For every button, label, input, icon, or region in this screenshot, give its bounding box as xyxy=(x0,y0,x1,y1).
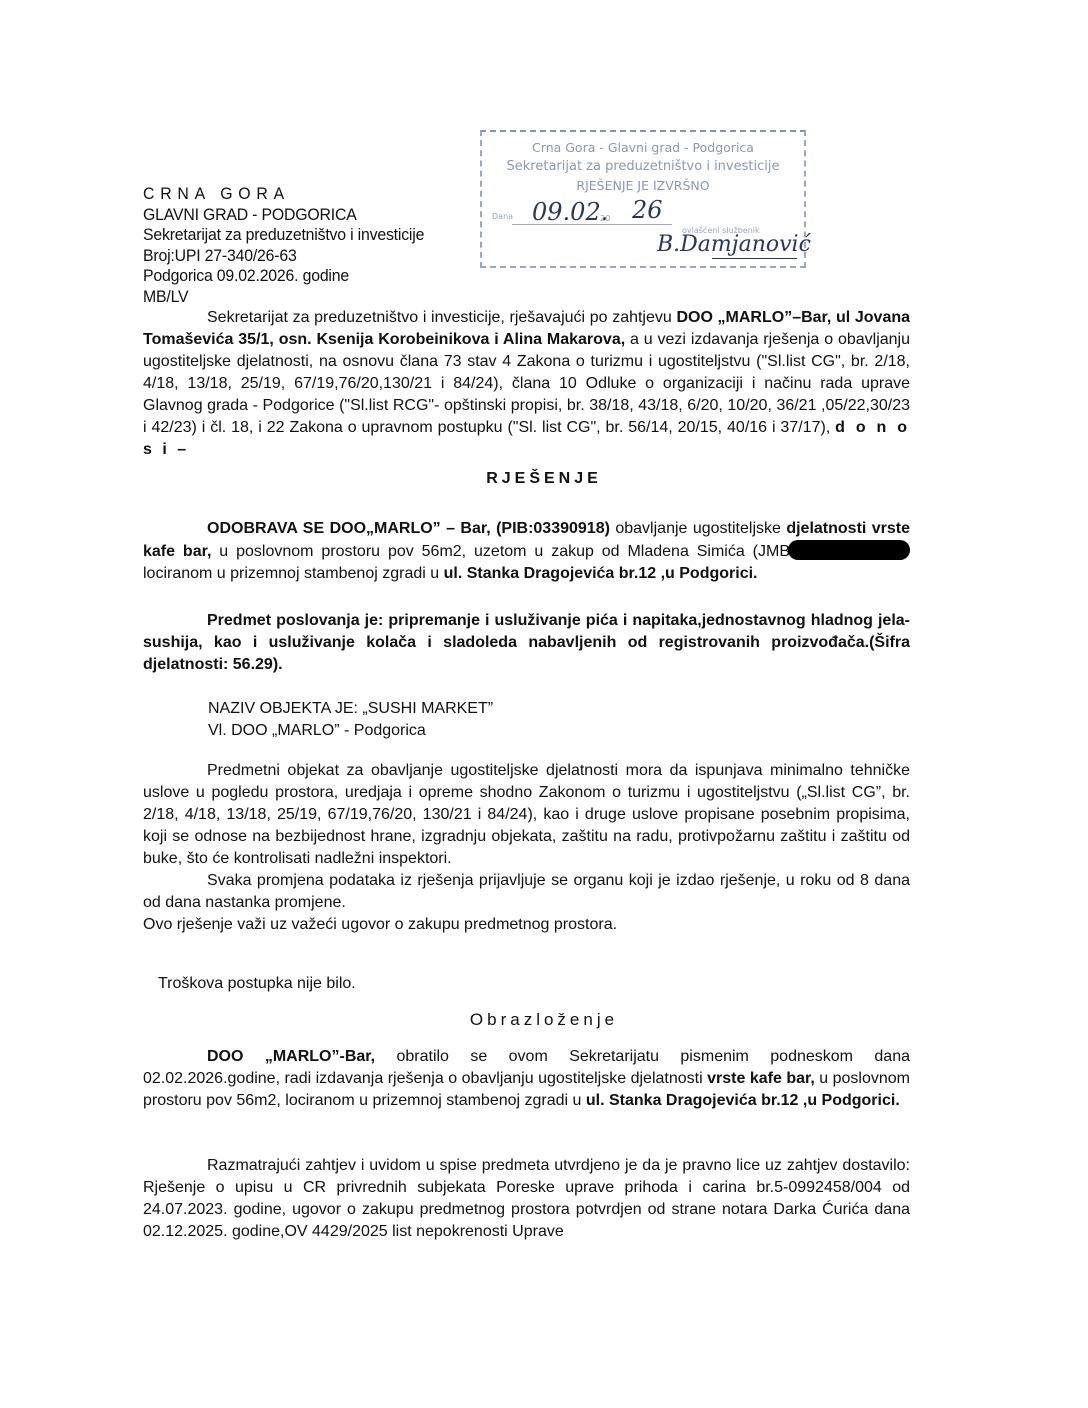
decision-paragraph-2: Predmet poslovanja je: pripremanje i usl… xyxy=(143,610,910,676)
document-header: CRNA GORA GLAVNI GRAD - PODGORICA Sekret… xyxy=(143,184,424,307)
intro-paragraph: Sekretarijat za preduzetništvo i investi… xyxy=(143,307,910,461)
decision-city: ,u Podgorici. xyxy=(656,565,757,582)
validity-note: Ovo rješenje važi uz važeći ugovor o zak… xyxy=(143,914,910,936)
reasoning-paragraph-1: DOO „MARLO”-Bar, obratilo se ovom Sekret… xyxy=(143,1046,910,1112)
submitted-documents: Razmatrajući zahtjev i uvidom u spise pr… xyxy=(143,1155,910,1243)
decision-title: RJEŠENJE xyxy=(0,470,1088,488)
header-city: GLAVNI GRAD - PODGORICA xyxy=(143,205,424,226)
header-place-date: Podgorica 09.02.2026. godine xyxy=(143,266,424,287)
stamp-line-3: RJEŠENJE JE IZVRŠNO xyxy=(482,178,804,193)
document-page: CRNA GORA GLAVNI GRAD - PODGORICA Sekret… xyxy=(0,0,1088,1408)
stamp-handwritten-year: 26 xyxy=(632,196,663,224)
stamp-line-2: Sekretarijat za preduzetništvo i investi… xyxy=(482,159,804,174)
decision-text-c: u poslovnom prostoru pov 56m2, uzetom u … xyxy=(211,543,790,560)
object-name: NAZIV OBJEKTA JE: „SUSHI MARKET” xyxy=(208,698,908,720)
activity-code: 56.29 xyxy=(233,656,273,673)
stamp-date-label: Dana xyxy=(492,212,513,221)
decision-paragraph-3: Predmetni objekat za obavljanje ugostite… xyxy=(143,760,910,936)
signature-underline xyxy=(712,258,797,259)
business-subject: Predmet poslovanja je: pripremanje i usl… xyxy=(143,612,910,651)
reasoning-title: Obrazloženje xyxy=(0,1010,1088,1030)
intro-text-1: Sekretarijat za preduzetništvo i investi… xyxy=(207,309,676,326)
stamp-line-1: Crna Gora - Glavni grad - Podgorica xyxy=(482,140,804,155)
header-number: Broj:UPI 27-340/26-63 xyxy=(143,246,424,267)
object-info: NAZIV OBJEKTA JE: „SUSHI MARKET” Vl. DOO… xyxy=(208,698,908,742)
change-reporting: Svaka promjena podataka iz rješenja prij… xyxy=(143,870,910,914)
reasoning-address: ul. Stanka Dragojevića br.12 ,u Podgoric… xyxy=(586,1092,900,1109)
header-initials: MB/LV xyxy=(143,287,424,308)
enforcement-stamp: Crna Gora - Glavni grad - Podgorica Sekr… xyxy=(480,130,806,268)
stamp-year-prefix: 20 xyxy=(600,214,610,223)
decision-paragraph-1: ODOBRAVA SE DOO„MARLO” – Bar, (PIB:03390… xyxy=(143,518,910,585)
decision-text-d: lociranom u prizemnoj stambenoj zgradi u xyxy=(143,565,444,582)
reasoning-paragraph-2: Razmatrajući zahtjev i uvidom u spise pr… xyxy=(143,1155,910,1243)
header-country: CRNA GORA xyxy=(143,184,424,205)
costs-note: Troškova postupka nije bilo. xyxy=(158,973,925,995)
header-department: Sekretarijat za preduzetništvo i investi… xyxy=(143,225,424,246)
reasoning-applicant: DOO „MARLO”-Bar, xyxy=(207,1048,375,1065)
stamp-signature: B.Damjanović xyxy=(657,232,811,257)
reasoning-activity-type: vrste kafe bar, xyxy=(707,1070,815,1087)
decision-text-a: obavljanje ugostiteljske xyxy=(610,520,786,537)
object-owner: Vl. DOO „MARLO” - Podgorica xyxy=(208,720,908,742)
decision-address: ul. Stanka Dragojevića br.12 xyxy=(444,565,657,582)
redacted-jmb xyxy=(788,540,910,560)
activity-code-close: ). xyxy=(273,656,283,673)
stamp-handwritten-date: 09.02. xyxy=(532,198,608,226)
technical-conditions: Predmetni objekat za obavljanje ugostite… xyxy=(143,760,910,870)
decision-approval: ODOBRAVA SE DOO„MARLO” – Bar, (PIB:03390… xyxy=(207,520,610,537)
